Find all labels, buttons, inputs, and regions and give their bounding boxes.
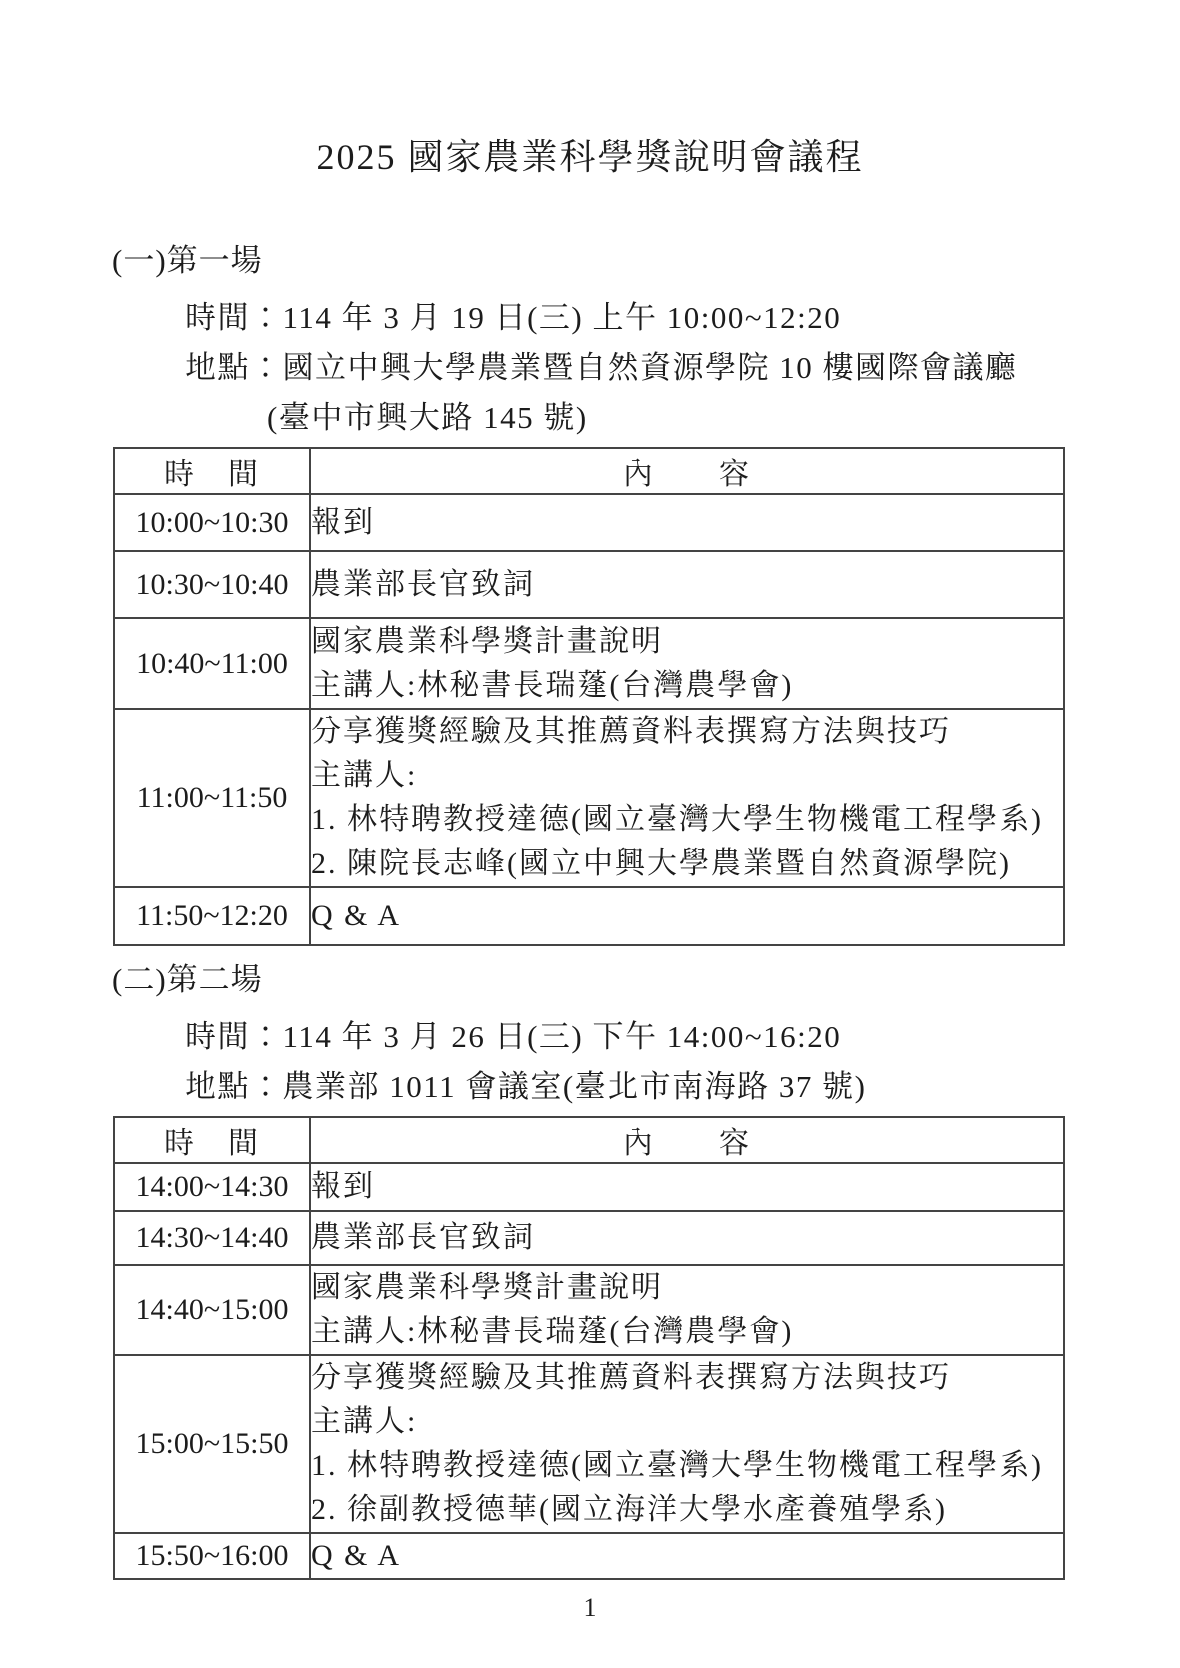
content-line: 主講人: bbox=[311, 754, 1063, 798]
session-2-heading: (二)第二場 bbox=[112, 958, 1180, 1002]
session-1-place-line: 地點：國立中興大學農業暨自然資源學院 10 樓國際會議廳 bbox=[185, 343, 1180, 393]
row-content: 分享獲獎經驗及其推薦資料表撰寫方法與技巧 主講人: 1. 林特聘教授達德(國立臺… bbox=[310, 1355, 1064, 1533]
session-2-agenda-table: 時 間 內 容 14:00~14:30 報到 14:30~14:40 農業部長官… bbox=[113, 1116, 1065, 1580]
page-title: 2025 國家農業科學獎說明會議程 bbox=[0, 133, 1180, 181]
content-line: 2. 陳院長志峰(國立中興大學農業暨自然資源學院) bbox=[311, 842, 1063, 886]
place-label: 地點： bbox=[185, 350, 283, 385]
row-content: 國家農業科學獎計畫說明 主講人:林秘書長瑞蓬(台灣農學會) bbox=[310, 1265, 1064, 1355]
row-time: 10:30~10:40 bbox=[114, 551, 310, 618]
row-time: 11:50~12:20 bbox=[114, 887, 310, 945]
row-time: 14:40~15:00 bbox=[114, 1265, 310, 1355]
session-1-agenda-table: 時 間 內 容 10:00~10:30 報到 10:30~10:40 農業部長官… bbox=[113, 447, 1065, 946]
session-2-time-line: 時間：114 年 3 月 26 日(三) 下午 14:00~16:20 bbox=[185, 1012, 1180, 1062]
content-line: 分享獲獎經驗及其推薦資料表撰寫方法與技巧 bbox=[311, 1356, 1063, 1400]
content-line: 國家農業科學獎計畫說明 bbox=[311, 620, 1063, 664]
row-time: 10:40~11:00 bbox=[114, 618, 310, 709]
table-header-row: 時 間 內 容 bbox=[114, 1117, 1064, 1163]
content-line: 主講人:林秘書長瑞蓬(台灣農學會) bbox=[311, 1310, 1063, 1354]
content-column-header: 內 容 bbox=[310, 1117, 1064, 1163]
row-content: Q & A bbox=[310, 1533, 1064, 1579]
content-line: 農業部長官致詞 bbox=[311, 1216, 1063, 1260]
time-value: 114 年 3 月 19 日(三) 上午 10:00~12:20 bbox=[283, 300, 842, 335]
content-line: 主講人: bbox=[311, 1400, 1063, 1444]
session-1: (一)第一場 時間：114 年 3 月 19 日(三) 上午 10:00~12:… bbox=[0, 239, 1180, 946]
table-row: 11:00~11:50 分享獲獎經驗及其推薦資料表撰寫方法與技巧 主講人: 1.… bbox=[114, 709, 1064, 887]
table-row: 14:30~14:40 農業部長官致詞 bbox=[114, 1211, 1064, 1265]
table-row: 10:40~11:00 國家農業科學獎計畫說明 主講人:林秘書長瑞蓬(台灣農學會… bbox=[114, 618, 1064, 709]
place-value: 國立中興大學農業暨自然資源學院 10 樓國際會議廳 bbox=[283, 350, 1018, 385]
row-time: 15:50~16:00 bbox=[114, 1533, 310, 1579]
table-row: 14:40~15:00 國家農業科學獎計畫說明 主講人:林秘書長瑞蓬(台灣農學會… bbox=[114, 1265, 1064, 1355]
document-page: 2025 國家農業科學獎說明會議程 (一)第一場 時間：114 年 3 月 19… bbox=[0, 0, 1180, 1668]
content-line: 2. 徐副教授德華(國立海洋大學水產養殖學系) bbox=[311, 1488, 1063, 1532]
content-line: 報到 bbox=[311, 501, 1063, 545]
time-column-header: 時 間 bbox=[114, 1117, 310, 1163]
table-row: 14:00~14:30 報到 bbox=[114, 1163, 1064, 1211]
session-1-heading: (一)第一場 bbox=[112, 239, 1180, 283]
session-1-time-line: 時間：114 年 3 月 19 日(三) 上午 10:00~12:20 bbox=[185, 293, 1180, 343]
row-content: 農業部長官致詞 bbox=[310, 551, 1064, 618]
row-time: 14:00~14:30 bbox=[114, 1163, 310, 1211]
content-line: 農業部長官致詞 bbox=[311, 563, 1063, 607]
content-line: Q & A bbox=[311, 894, 1063, 938]
row-time: 11:00~11:50 bbox=[114, 709, 310, 887]
row-content: 報到 bbox=[310, 1163, 1064, 1211]
content-column-header: 內 容 bbox=[310, 448, 1064, 494]
time-column-header: 時 間 bbox=[114, 448, 310, 494]
content-line: 報到 bbox=[311, 1165, 1063, 1209]
row-time: 10:00~10:30 bbox=[114, 494, 310, 551]
row-content: 報到 bbox=[310, 494, 1064, 551]
row-content: Q & A bbox=[310, 887, 1064, 945]
table-header-row: 時 間 內 容 bbox=[114, 448, 1064, 494]
content-line: 主講人:林秘書長瑞蓬(台灣農學會) bbox=[311, 664, 1063, 708]
table-row: 10:00~10:30 報到 bbox=[114, 494, 1064, 551]
time-label: 時間： bbox=[185, 1019, 283, 1054]
table-row: 11:50~12:20 Q & A bbox=[114, 887, 1064, 945]
page-number: 1 bbox=[0, 1593, 1180, 1623]
session-1-place-address: (臺中市興大路 145 號) bbox=[267, 393, 1180, 443]
row-content: 國家農業科學獎計畫說明 主講人:林秘書長瑞蓬(台灣農學會) bbox=[310, 618, 1064, 709]
content-line: 國家農業科學獎計畫說明 bbox=[311, 1266, 1063, 1310]
content-line: 1. 林特聘教授達德(國立臺灣大學生物機電工程學系) bbox=[311, 1444, 1063, 1488]
table-row: 15:00~15:50 分享獲獎經驗及其推薦資料表撰寫方法與技巧 主講人: 1.… bbox=[114, 1355, 1064, 1533]
row-content: 分享獲獎經驗及其推薦資料表撰寫方法與技巧 主講人: 1. 林特聘教授達德(國立臺… bbox=[310, 709, 1064, 887]
content-line: 1. 林特聘教授達德(國立臺灣大學生物機電工程學系) bbox=[311, 798, 1063, 842]
content-line: Q & A bbox=[311, 1534, 1063, 1578]
table-row: 15:50~16:00 Q & A bbox=[114, 1533, 1064, 1579]
time-label: 時間： bbox=[185, 300, 283, 335]
table-row: 10:30~10:40 農業部長官致詞 bbox=[114, 551, 1064, 618]
row-time: 14:30~14:40 bbox=[114, 1211, 310, 1265]
time-value: 114 年 3 月 26 日(三) 下午 14:00~16:20 bbox=[283, 1019, 842, 1054]
session-2-place-line: 地點：農業部 1011 會議室(臺北市南海路 37 號) bbox=[185, 1062, 1180, 1112]
place-value: 農業部 1011 會議室(臺北市南海路 37 號) bbox=[283, 1069, 867, 1104]
row-content: 農業部長官致詞 bbox=[310, 1211, 1064, 1265]
session-2: (二)第二場 時間：114 年 3 月 26 日(三) 下午 14:00~16:… bbox=[0, 958, 1180, 1580]
row-time: 15:00~15:50 bbox=[114, 1355, 310, 1533]
content-line: 分享獲獎經驗及其推薦資料表撰寫方法與技巧 bbox=[311, 710, 1063, 754]
place-label: 地點： bbox=[185, 1069, 283, 1104]
